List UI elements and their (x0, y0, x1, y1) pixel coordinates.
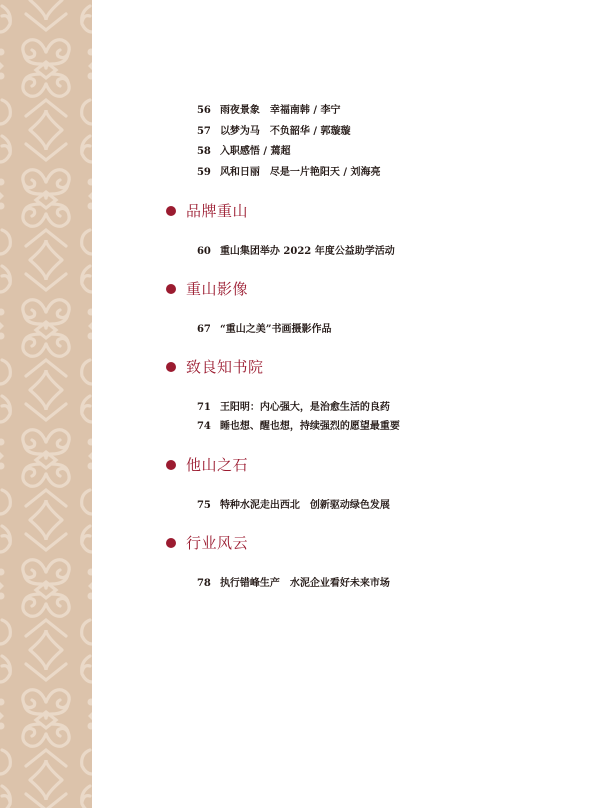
section-title: 重山影像 (186, 279, 248, 299)
toc-entry[interactable]: 74睡也想、醒也想，持续强烈的愿望最重要 (183, 409, 400, 445)
toc-entry[interactable]: 75特种水泥走出西北 创新驱动绿色发展 (183, 488, 390, 524)
page-number: 67 (197, 324, 220, 336)
bullet-dot-icon (166, 362, 176, 372)
section-heading-other-mountain: 他山之石 (166, 454, 248, 476)
section-heading-academy: 致良知书院 (166, 356, 264, 378)
section-heading-brand: 品牌重山 (166, 200, 248, 222)
bullet-dot-icon (166, 284, 176, 294)
entry-title: 执行错峰生产 水泥企业看好未来市场 (220, 578, 390, 589)
bullet-dot-icon (166, 460, 176, 470)
section-title: 致良知书院 (186, 357, 264, 377)
section-title: 行业风云 (186, 533, 248, 553)
page-number: 59 (197, 167, 220, 179)
bullet-dot-icon (166, 206, 176, 216)
toc-entry[interactable]: 59风和日丽 尽是一片艳阳天 / 刘海亮 (183, 155, 381, 191)
entry-title: “重山之美”书画摄影作品 (220, 324, 332, 335)
section-title: 他山之石 (186, 455, 248, 475)
section-heading-industry: 行业风云 (166, 532, 248, 554)
table-of-contents: 56雨夜景象 幸福南韩 / 李宁 57以梦为马 不负韶华 / 郭璇璇 58入职感… (0, 0, 595, 808)
page-number: 60 (197, 246, 220, 258)
section-title: 品牌重山 (186, 201, 248, 221)
page-number: 78 (197, 578, 220, 590)
bullet-dot-icon (166, 538, 176, 548)
entry-title: 重山集团举办 2022 年度公益助学活动 (220, 246, 395, 257)
entry-title: 风和日丽 尽是一片艳阳天 / 刘海亮 (220, 167, 381, 178)
toc-entry[interactable]: 67“重山之美”书画摄影作品 (183, 312, 331, 348)
page-number: 75 (197, 500, 220, 512)
entry-title: 睡也想、醒也想，持续强烈的愿望最重要 (220, 421, 400, 432)
toc-entry[interactable]: 60重山集团举办 2022 年度公益助学活动 (183, 234, 395, 270)
page-number: 74 (197, 421, 220, 433)
entry-title: 特种水泥走出西北 创新驱动绿色发展 (220, 500, 390, 511)
toc-entry[interactable]: 78执行错峰生产 水泥企业看好未来市场 (183, 566, 390, 602)
section-heading-imagery: 重山影像 (166, 278, 248, 300)
